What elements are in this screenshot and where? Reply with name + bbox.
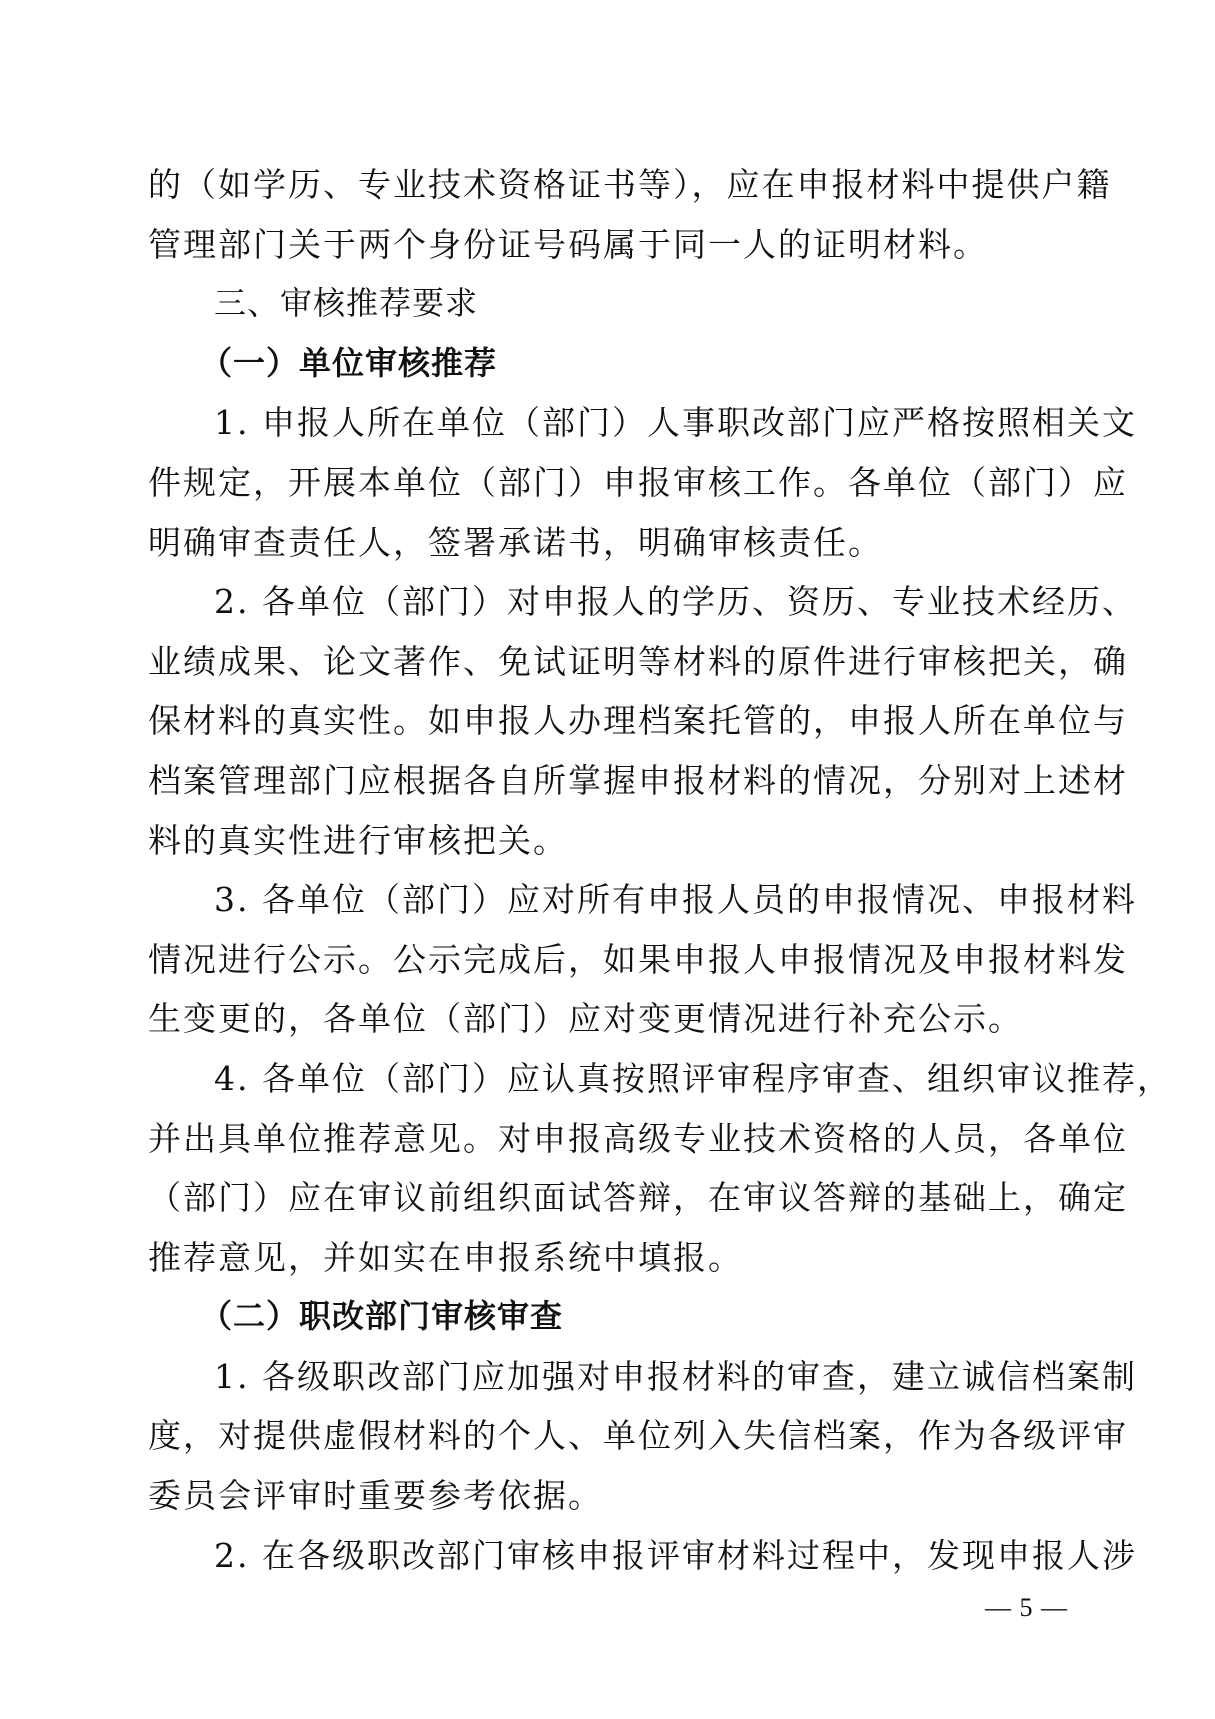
body-line: （部门）应在审议前组织面试答辩，在审议答辩的基础上，确定 — [148, 1168, 1078, 1228]
body-line: 保材料的真实性。如申报人办理档案托管的，申报人所在单位与 — [148, 691, 1078, 751]
body-line: 并出具单位推荐意见。对申报高级专业技术资格的人员，各单位 — [148, 1109, 1078, 1169]
body-line: 生变更的，各单位（部门）应对变更情况进行补充公示。 — [148, 989, 1078, 1049]
body-line: 的（如学历、专业技术资格证书等），应在申报材料中提供户籍 — [148, 155, 1078, 215]
body-line: 度，对提供虚假材料的个人、单位列入失信档案，作为各级评审 — [148, 1406, 1078, 1466]
body-line: 2. 在各级职改部门审核申报评审材料过程中，发现申报人涉 — [148, 1526, 1078, 1586]
body-line: 件规定，开展本单位（部门）申报审核工作。各单位（部门）应 — [148, 453, 1078, 513]
body-line: 明确审查责任人，签署承诺书，明确审核责任。 — [148, 513, 1078, 573]
page-number: — 5 — — [985, 1593, 1068, 1623]
body-line: 档案管理部门应根据各自所掌握申报材料的情况，分别对上述材 — [148, 751, 1078, 811]
body-line: 1. 各级职改部门应加强对申报材料的审查，建立诚信档案制 — [148, 1347, 1078, 1407]
subsection-heading: （一）单位审核推荐 — [148, 334, 1078, 394]
body-line: 1. 申报人所在单位（部门）人事职改部门应严格按照相关文 — [148, 393, 1078, 453]
body-line: 料的真实性进行审核把关。 — [148, 811, 1078, 871]
body-line: 3. 各单位（部门）应对所有申报人员的申报情况、申报材料 — [148, 870, 1078, 930]
document-body: 的（如学历、专业技术资格证书等），应在申报材料中提供户籍 管理部门关于两个身份证… — [148, 155, 1078, 1585]
body-line: 4. 各单位（部门）应认真按照评审程序审查、组织审议推荐， — [148, 1049, 1078, 1109]
section-heading: 三、审核推荐要求 — [148, 274, 1078, 334]
body-line: 委员会评审时重要参考依据。 — [148, 1466, 1078, 1526]
subsection-heading: （二）职改部门审核审查 — [148, 1287, 1078, 1347]
body-line: 情况进行公示。公示完成后，如果申报人申报情况及申报材料发 — [148, 930, 1078, 990]
body-line: 2. 各单位（部门）对申报人的学历、资历、专业技术经历、 — [148, 572, 1078, 632]
body-line: 业绩成果、论文著作、免试证明等材料的原件进行审核把关，确 — [148, 632, 1078, 692]
body-line: 管理部门关于两个身份证号码属于同一人的证明材料。 — [148, 215, 1078, 275]
body-line: 推荐意见，并如实在申报系统中填报。 — [148, 1228, 1078, 1288]
